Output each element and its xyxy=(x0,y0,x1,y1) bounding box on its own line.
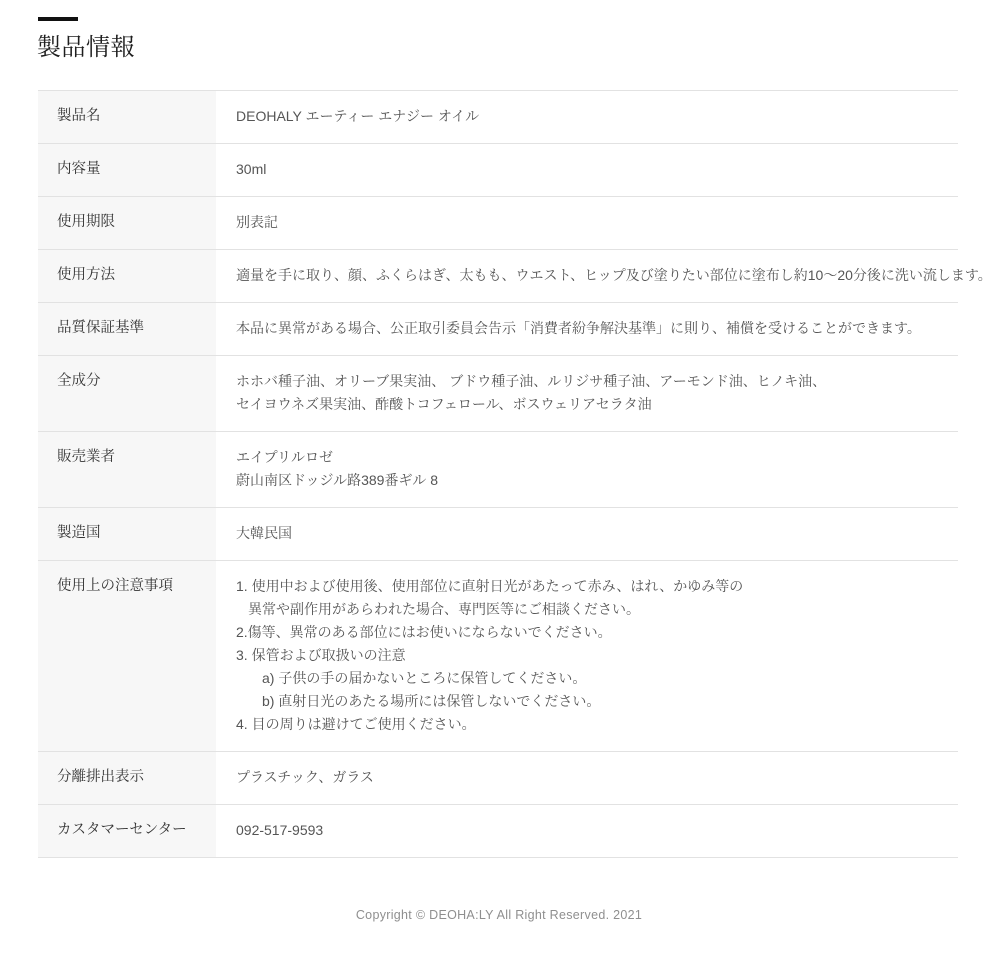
table-row: 使用上の注意事項1. 使用中および使用後、使用部位に直射日光があたって赤み、はれ… xyxy=(38,561,958,752)
page-title: 製品情報 xyxy=(37,33,998,63)
row-label: 販売業者 xyxy=(38,432,216,507)
value-line: 4. 目の周りは避けてご使用ください。 xyxy=(236,713,940,736)
table-row: 内容量30ml xyxy=(38,144,958,197)
value-line: 異常や副作用があらわれた場合、専門医等にご相談ください。 xyxy=(236,598,940,621)
title-accent-bar xyxy=(38,17,78,21)
value-line: 2.傷等、異常のある部位にはお使いにならないでください。 xyxy=(236,621,940,644)
value-line: 30ml xyxy=(236,158,940,181)
row-label: 製品名 xyxy=(38,91,216,143)
row-value: 092-517-9593 xyxy=(216,805,958,857)
row-label: 内容量 xyxy=(38,144,216,196)
value-line: DEOHALY エーティー エナジー オイル xyxy=(236,105,940,128)
table-row: 品質保証基準本品に異常がある場合、公正取引委員会告示「消費者紛争解決基準」に則り… xyxy=(38,303,958,356)
row-value: 別表記 xyxy=(216,197,958,249)
row-label: 全成分 xyxy=(38,356,216,431)
row-label: 品質保証基準 xyxy=(38,303,216,355)
value-line: b) 直射日光のあたる場所には保管しないでください。 xyxy=(236,690,940,713)
copyright-footer: Copyright © DEOHA:LY All Right Reserved.… xyxy=(0,908,998,922)
value-line: a) 子供の手の届かないところに保管してください。 xyxy=(236,667,940,690)
row-value: 1. 使用中および使用後、使用部位に直射日光があたって赤み、はれ、かゆみ等の異常… xyxy=(216,561,958,751)
row-label: 使用方法 xyxy=(38,250,216,302)
row-value: 適量を手に取り、顔、ふくらはぎ、太もも、ウエスト、ヒップ及び塗りたい部位に塗布し… xyxy=(216,250,998,302)
table-row: 使用方法適量を手に取り、顔、ふくらはぎ、太もも、ウエスト、ヒップ及び塗りたい部位… xyxy=(38,250,958,303)
row-label: 使用期限 xyxy=(38,197,216,249)
product-info-table: 製品名DEOHALY エーティー エナジー オイル内容量30ml使用期限別表記使… xyxy=(38,90,958,858)
row-value: ホホバ種子油、オリーブ果実油、 ブドウ種子油、ルリジサ種子油、アーモンド油、ヒノ… xyxy=(216,356,958,431)
value-line: ホホバ種子油、オリーブ果実油、 ブドウ種子油、ルリジサ種子油、アーモンド油、ヒノ… xyxy=(236,370,940,393)
row-value: 大韓民国 xyxy=(216,508,958,560)
value-line: プラスチック、ガラス xyxy=(236,766,940,789)
value-line: 別表記 xyxy=(236,211,940,234)
value-line: 092-517-9593 xyxy=(236,819,940,842)
table-row: カスタマーセンター092-517-9593 xyxy=(38,805,958,858)
value-line: 3. 保管および取扱いの注意 xyxy=(236,644,940,667)
table-row: 販売業者エイプリルロゼ蔚山南区ドッジル路389番ギル 8 xyxy=(38,432,958,508)
product-info-page: 製品情報 製品名DEOHALY エーティー エナジー オイル内容量30ml使用期… xyxy=(0,0,998,956)
row-label: 分離排出表示 xyxy=(38,752,216,804)
table-row: 使用期限別表記 xyxy=(38,197,958,250)
row-label: 使用上の注意事項 xyxy=(38,561,216,751)
table-row: 全成分ホホバ種子油、オリーブ果実油、 ブドウ種子油、ルリジサ種子油、アーモンド油… xyxy=(38,356,958,432)
value-line: 適量を手に取り、顔、ふくらはぎ、太もも、ウエスト、ヒップ及び塗りたい部位に塗布し… xyxy=(236,264,992,287)
value-line: 大韓民国 xyxy=(236,522,940,545)
value-line: 1. 使用中および使用後、使用部位に直射日光があたって赤み、はれ、かゆみ等の xyxy=(236,575,940,598)
row-value: プラスチック、ガラス xyxy=(216,752,958,804)
row-label: 製造国 xyxy=(38,508,216,560)
row-label: カスタマーセンター xyxy=(38,805,216,857)
row-value: 本品に異常がある場合、公正取引委員会告示「消費者紛争解決基準」に則り、補償を受け… xyxy=(216,303,958,355)
row-value: エイプリルロゼ蔚山南区ドッジル路389番ギル 8 xyxy=(216,432,958,507)
value-line: 本品に異常がある場合、公正取引委員会告示「消費者紛争解決基準」に則り、補償を受け… xyxy=(236,317,940,340)
table-row: 製造国大韓民国 xyxy=(38,508,958,561)
table-row: 製品名DEOHALY エーティー エナジー オイル xyxy=(38,91,958,144)
value-line: エイプリルロゼ xyxy=(236,446,940,469)
value-line: 蔚山南区ドッジル路389番ギル 8 xyxy=(236,469,940,492)
value-line: セイヨウネズ果実油、酢酸トコフェロール、ボスウェリアセラタ油 xyxy=(236,393,940,416)
row-value: 30ml xyxy=(216,144,958,196)
row-value: DEOHALY エーティー エナジー オイル xyxy=(216,91,958,143)
table-row: 分離排出表示プラスチック、ガラス xyxy=(38,752,958,805)
